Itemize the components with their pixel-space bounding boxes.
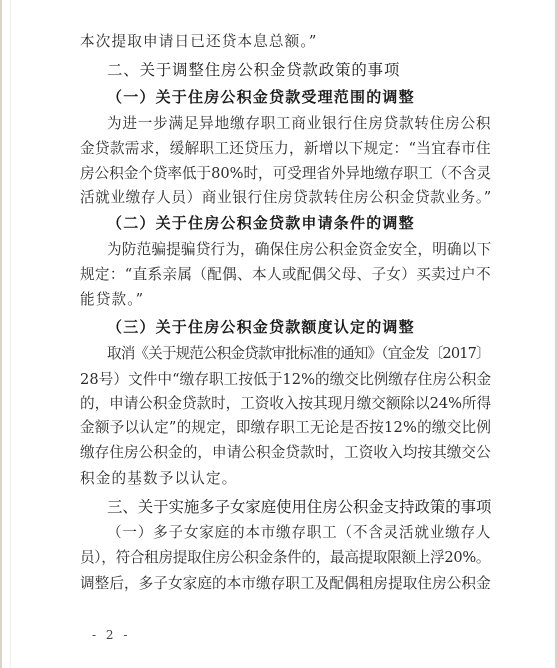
paragraph-line: 取消《关于规范公积金贷款审批标准的通知》（宜金发〔2017〕	[107, 344, 492, 364]
subsection-heading: （一）关于住房公积金贷款受理范围的调整	[107, 87, 492, 107]
subsection-heading: （三）关于住房公积金贷款额度认定的调整	[107, 317, 492, 337]
paragraph-line: 积金的基数予以认定。	[80, 469, 492, 489]
section-heading: 三、关于实施多子女家庭使用住房公积金支持政策的事项	[107, 497, 492, 517]
paragraph-line: 规定：“直系亲属（配偶、本人或配偶父母、子女）买卖过户不	[80, 265, 492, 285]
subsection-heading: （二）关于住房公积金贷款申请条件的调整	[107, 213, 492, 233]
paragraph-line: 金额予以认定”的规定，即缴存职工无论是否按12%的缴交比例	[80, 418, 492, 438]
paragraph-line: 能贷款。”	[80, 290, 492, 310]
paragraph-line: 缴存住房公积金的，申请公积金贷款时，工资收入均按其缴交公	[80, 443, 492, 463]
paragraph-line: 本次提取申请日已还贷本息总额。”	[80, 32, 492, 52]
paragraph-line: 28号）文件中“缴存职工按低于12%的缴交比例缴存住房公积金	[80, 370, 492, 390]
paragraph-line: 房公积金个贷率低于80%时，可受理省外异地缴存职工（不含灵	[80, 164, 492, 184]
page-number: - 2 -	[92, 628, 130, 642]
paragraph-line: 调整后，多子女家庭的本市缴存职工及配偶租房提取住房公积金	[80, 574, 492, 594]
section-heading: 二、关于调整住房公积金贷款政策的事项	[107, 60, 492, 80]
paragraph-line: 的，申请公积金贷款时，工资收入按其现月缴交额除以24%所得	[80, 394, 492, 414]
paragraph-line: 为进一步满足异地缴存职工商业银行住房贷款转住房公积	[107, 114, 492, 134]
paragraph-line: （一）多子女家庭的本市缴存职工（不含灵活就业缴存人	[107, 523, 492, 543]
paragraph-line: 活就业缴存人员）商业银行住房贷款转住房公积金贷款业务。”	[80, 188, 492, 208]
document-page: 本次提取申请日已还贷本息总额。”二、关于调整住房公积金贷款政策的事项（一）关于住…	[0, 0, 557, 668]
paragraph-line: 金贷款需求，缓解职工还贷压力，新增以下规定：“当宜春市住	[80, 139, 492, 159]
paragraph-line: 员），符合租房提取住房公积金条件的，最高提取限额上浮20%。	[80, 548, 492, 568]
paragraph-line: 为防范骗提骗贷行为，确保住房公积金资金安全，明确以下	[107, 240, 492, 260]
